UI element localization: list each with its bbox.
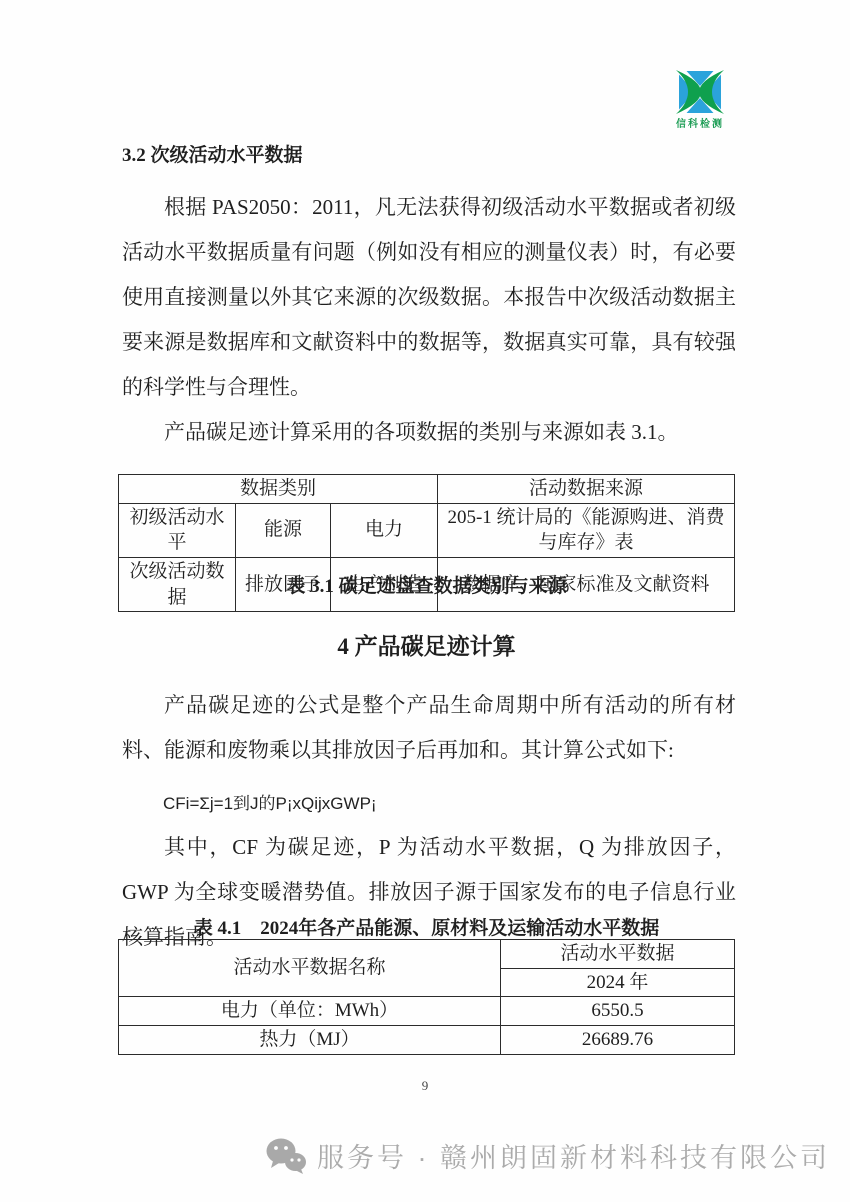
table-header-year: 2024 年	[501, 968, 735, 997]
table-row: 数据类别 活动数据来源	[119, 475, 735, 504]
table-cell-heat-label: 热力（MJ）	[119, 1025, 501, 1054]
table-cell: 初级活动水平	[119, 503, 236, 557]
section-3-2-body: 根据 PAS2050：2011，凡无法获得初级活动水平数据或者初级活动水平数据质…	[122, 185, 736, 455]
footer-watermark: 服务号 · 赣州朗固新材料科技有限公司	[265, 1136, 830, 1175]
table-header-activity-data: 活动水平数据	[501, 940, 735, 969]
table-row: 电力（单位：MWh） 6550.5	[119, 997, 735, 1026]
table-cell: 205-1 统计局的《能源购进、消费与库存》表	[438, 503, 735, 557]
company-logo: 信科检测	[663, 70, 737, 130]
section-4-intro: 产品碳足迹的公式是整个产品生命周期中所有活动的所有材料、能源和废物乘以其排放因子…	[122, 683, 736, 773]
table-4-1-caption: 表 4.1 2024年各产品能源、原材料及运输活动水平数据	[118, 913, 735, 940]
logo-company-name: 信科检测	[663, 115, 737, 130]
paragraph-secondary-data: 根据 PAS2050：2011，凡无法获得初级活动水平数据或者初级活动水平数据质…	[122, 185, 736, 410]
table-header-data-category: 数据类别	[119, 475, 438, 504]
table-cell-electricity-label: 电力（单位：MWh）	[119, 997, 501, 1026]
table-cell: 能源	[236, 503, 331, 557]
paragraph-table-ref: 产品碳足迹计算采用的各项数据的类别与来源如表 3.1。	[122, 410, 736, 455]
xinke-logo-icon	[663, 70, 737, 114]
table-row: 热力（MJ） 26689.76	[119, 1025, 735, 1054]
table-3-1-caption: 表 3.1 碳足迹盘查数据类别与来源	[118, 571, 735, 598]
table-row: 活动水平数据名称 活动水平数据	[119, 940, 735, 969]
table-cell: 电力	[331, 503, 438, 557]
footer-account-text: 服务号 · 赣州朗固新材料科技有限公司	[317, 1136, 830, 1175]
carbon-footprint-formula: CFi=Σj=1到J的P¡xQijxGWP¡	[163, 789, 377, 814]
table-4-1: 活动水平数据名称 活动水平数据 2024 年 电力（单位：MWh） 6550.5…	[118, 939, 735, 1055]
table-header-activity-name: 活动水平数据名称	[119, 940, 501, 997]
table-cell-electricity-value: 6550.5	[501, 997, 735, 1026]
paragraph-formula-intro: 产品碳足迹的公式是整个产品生命周期中所有活动的所有材料、能源和废物乘以其排放因子…	[122, 683, 736, 773]
wechat-icon	[265, 1137, 307, 1175]
table-row: 初级活动水平 能源 电力 205-1 统计局的《能源购进、消费与库存》表	[119, 503, 735, 557]
table-header-data-source: 活动数据来源	[438, 475, 735, 504]
section-3-2-heading: 3.2 次级活动水平数据	[122, 140, 303, 167]
page-number: 9	[0, 1078, 850, 1094]
table-cell-heat-value: 26689.76	[501, 1025, 735, 1054]
section-4-heading: 4 产品碳足迹计算	[118, 628, 735, 661]
document-page: 信科检测 3.2 次级活动水平数据 根据 PAS2050：2011，凡无法获得初…	[0, 0, 850, 1202]
